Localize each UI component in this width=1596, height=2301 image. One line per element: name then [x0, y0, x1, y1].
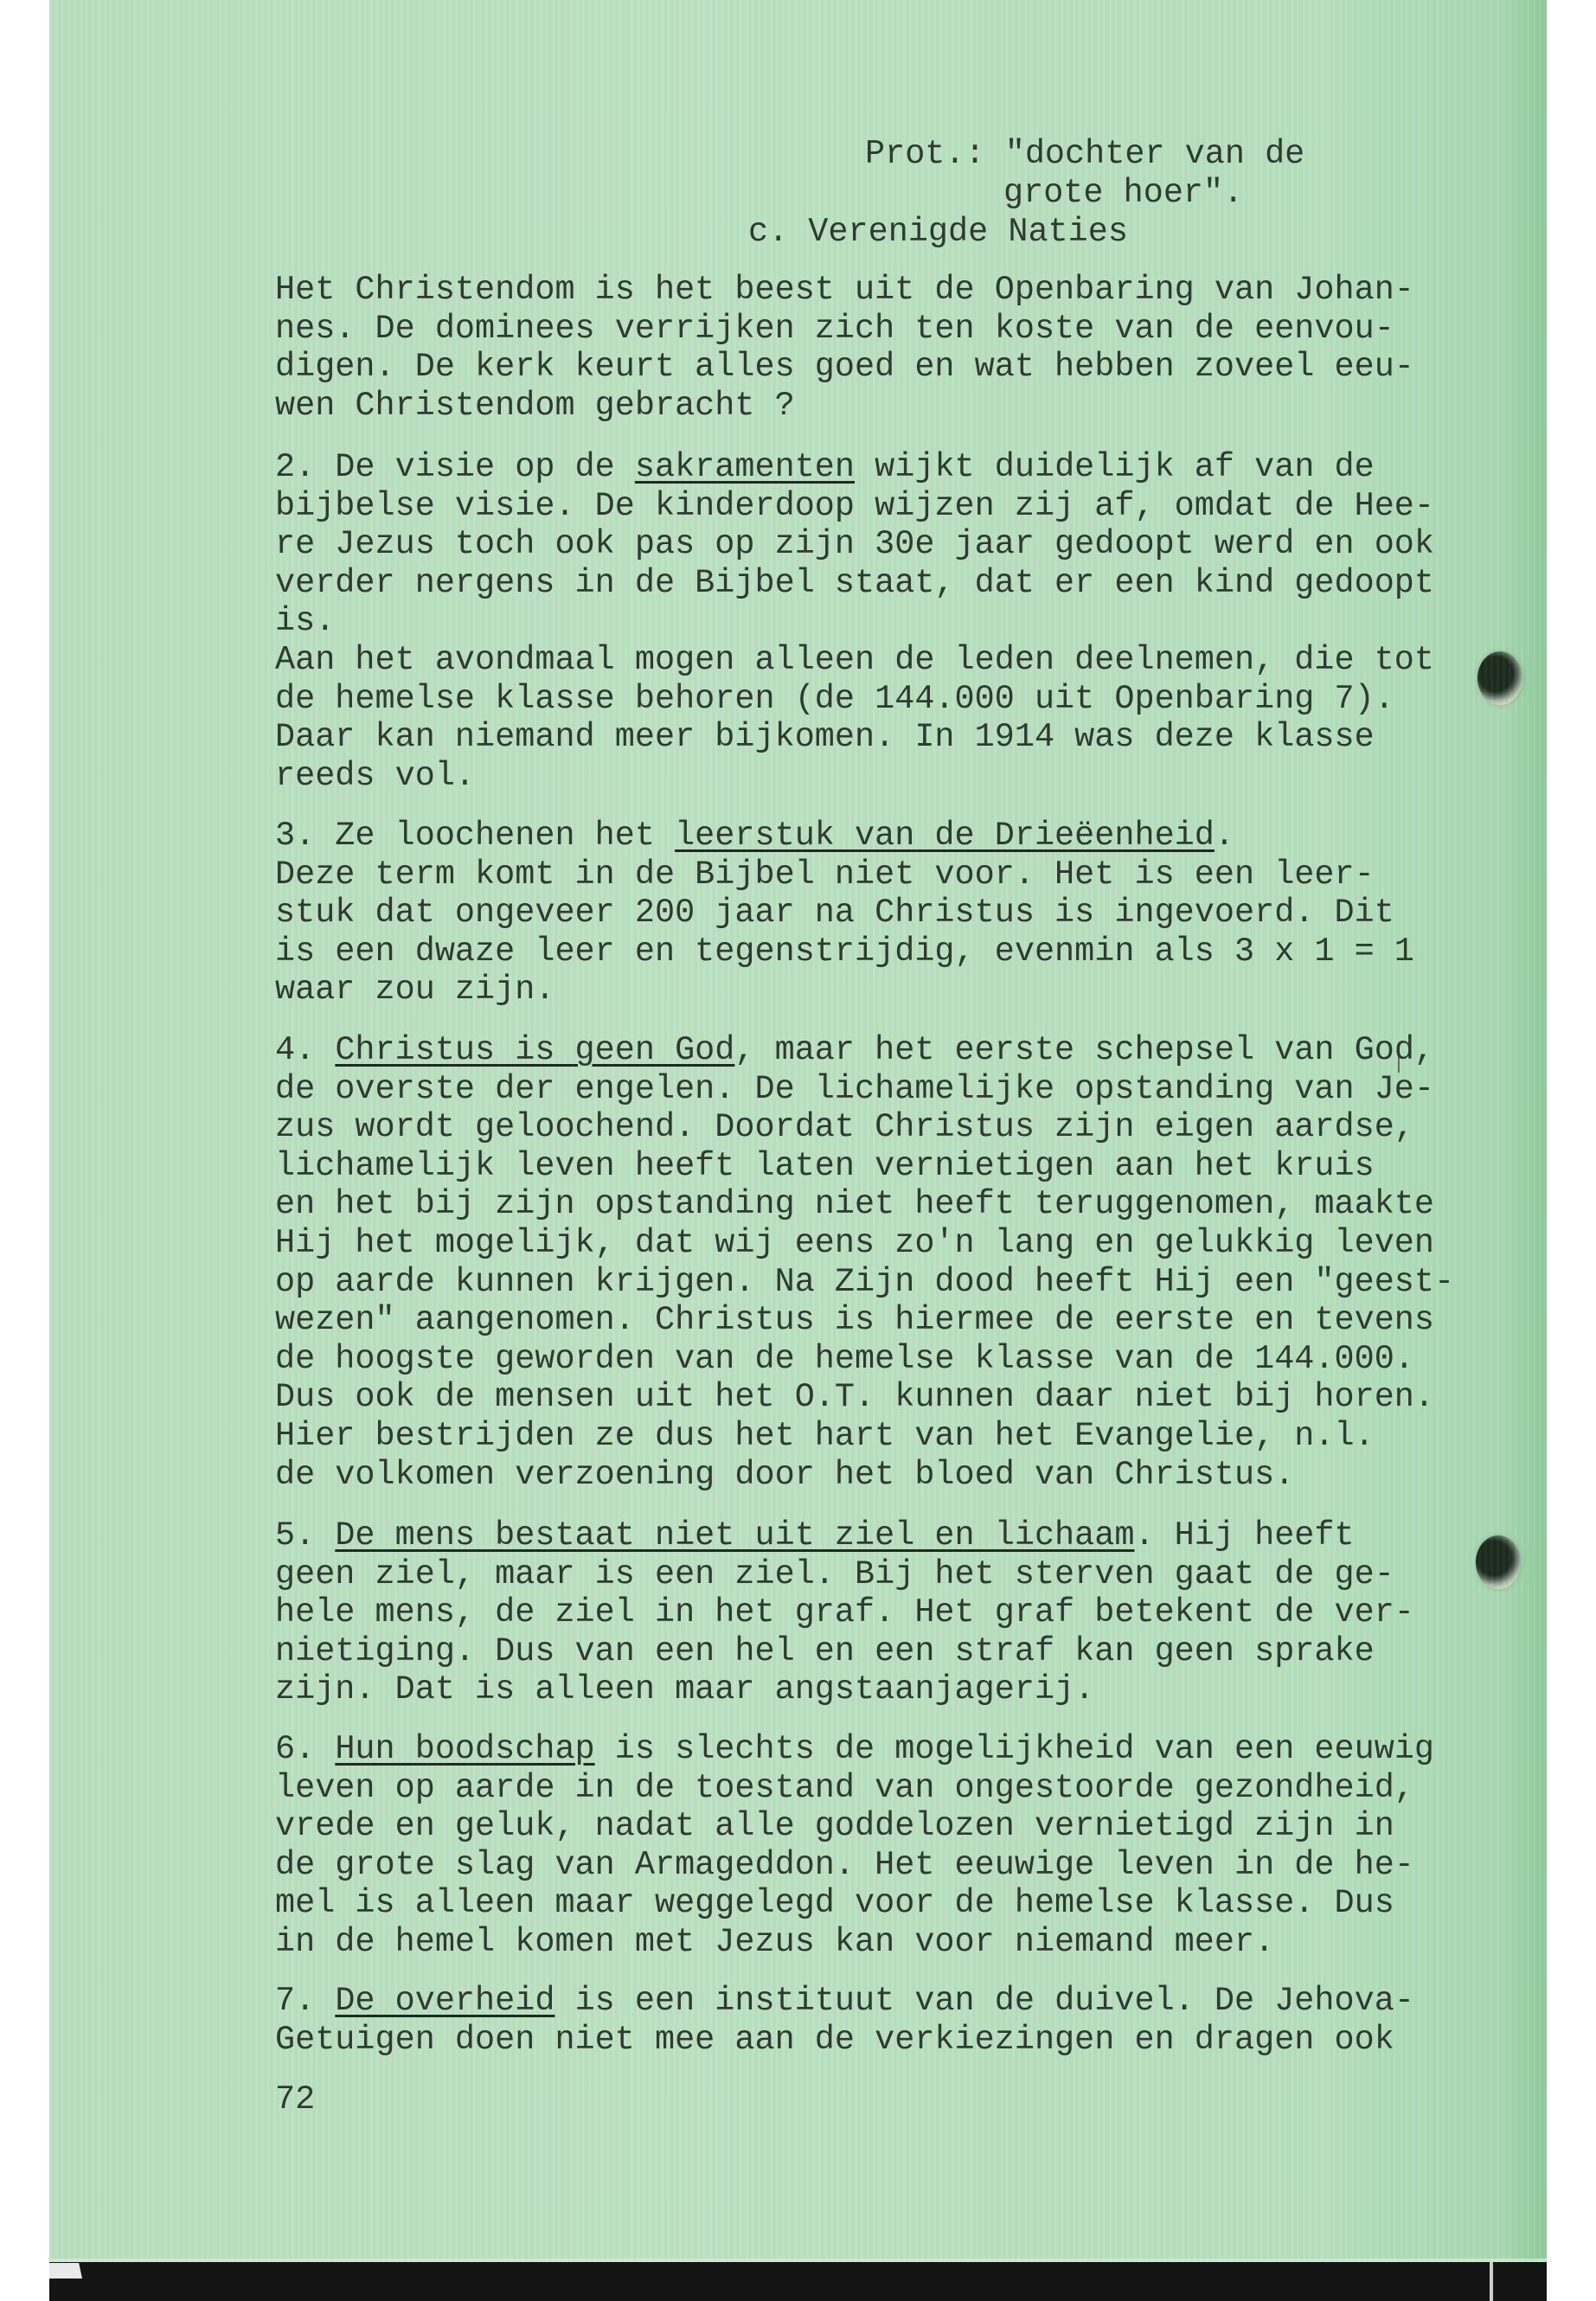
line-text: Hij het mogelijk, dat wij eens zo'n lang… [275, 1224, 1434, 1262]
item-4-line: zus wordt geloochend. Doordat Christus z… [275, 1108, 1414, 1146]
item-2-line: is. [275, 602, 335, 640]
item-2-line: 2. De visie op de sakramenten wijkt duid… [275, 448, 1375, 486]
paragraph-line: digen. De kerk keurt alles goed en wat h… [275, 348, 1414, 386]
line-text: de volkomen verzoening door het bloed va… [275, 1456, 1294, 1494]
item-5-line: zijn. Dat is alleen maar angstaanjagerij… [275, 1670, 1094, 1708]
item-6-line: in de hemel komen met Jezus kan voor nie… [275, 1923, 1274, 1961]
item-7-line: 7. De overheid is een instituut van de d… [275, 1982, 1414, 2020]
line-text: wezen" aangenomen. Christus is hiermee d… [275, 1301, 1434, 1339]
item-5-line: hele mens, de ziel in het graf. Het graf… [275, 1593, 1414, 1631]
item-6-line: leven op aarde in de toestand van ongest… [275, 1769, 1414, 1807]
item-2-line: re Jezus toch ook pas op zijn 30e jaar g… [275, 525, 1434, 563]
item-3-line: stuk dat ongeveer 200 jaar na Christus i… [275, 894, 1394, 932]
item-5-line: geen ziel, maar is een ziel. Bij het ste… [275, 1555, 1394, 1593]
paragraph-line: wen Christendom gebracht ? [275, 387, 795, 425]
line-text: leven op aarde in de toestand van ongest… [275, 1769, 1414, 1807]
item-7-line: Getuigen doen niet mee aan de verkiezing… [275, 2021, 1394, 2059]
item-2-line: verder nergens in de Bijbel staat, dat e… [275, 564, 1434, 602]
line-text: lichamelijk leven heeft laten vernietige… [275, 1147, 1375, 1185]
line-text: in de hemel komen met Jezus kan voor nie… [275, 1923, 1274, 1961]
line-text: Daar kan niemand meer bijkomen. In 1914 … [275, 718, 1375, 756]
line-text: , maar het eerste schepsel van God, [734, 1031, 1434, 1069]
item-4-line: en het bij zijn opstanding niet heeft te… [275, 1185, 1434, 1223]
item-3-line: Deze term komt in de Bijbel niet voor. H… [275, 856, 1375, 894]
item-6-line: 6. Hun boodschap is slechts de mogelijkh… [275, 1730, 1434, 1768]
line-text: zijn. Dat is alleen maar angstaanjagerij… [275, 1670, 1094, 1708]
line-text: wijkt duidelijk af van de [855, 448, 1375, 486]
line-text: bijbelse visie. De kinderdoop wijzen zij… [275, 487, 1434, 525]
line-text: 2. De visie op de [275, 448, 635, 486]
line-text: de grote slag van Armageddon. Het eeuwig… [275, 1846, 1414, 1884]
paper-corner [49, 2263, 82, 2279]
line-text: nietiging. Dus van een hel en een straf … [275, 1632, 1375, 1670]
line-text: stuk dat ongeveer 200 jaar na Christus i… [275, 894, 1394, 932]
line-text: vrede en geluk, nadat alle goddelozen ve… [275, 1807, 1394, 1845]
underlined-phrase: Hun boodschap [335, 1730, 594, 1768]
item-2-line: reeds vol. [275, 757, 475, 795]
binder-hole-top [1477, 651, 1522, 705]
item-3-line: is een dwaze leer en tegenstrijdig, even… [275, 933, 1414, 971]
item-2-line: bijbelse visie. De kinderdoop wijzen zij… [275, 487, 1434, 525]
line-text: nes. De dominees verrijken zich ten kost… [275, 310, 1394, 348]
line-text: verder nergens in de Bijbel staat, dat e… [275, 564, 1434, 602]
line-text: op aarde kunnen krijgen. Na Zijn dood he… [275, 1263, 1454, 1301]
line-text: de overste der engelen. De lichamelijke … [275, 1070, 1434, 1108]
item-4-line: Hij het mogelijk, dat wij eens zo'n lang… [275, 1224, 1434, 1262]
line-text: Dus ook de mensen uit het O.T. kunnen da… [275, 1378, 1434, 1416]
line-text: wen Christendom gebracht ? [275, 387, 795, 425]
item-4-line: lichamelijk leven heeft laten vernietige… [275, 1147, 1375, 1185]
underlined-phrase: sakramenten [635, 448, 855, 486]
item-4-line: 4. Christus is geen God, maar het eerste… [275, 1031, 1434, 1069]
item-4-line: de volkomen verzoening door het bloed va… [275, 1456, 1294, 1494]
line-text: Hier bestrijden ze dus het hart van het … [275, 1417, 1375, 1455]
line-text: 4. [275, 1031, 335, 1069]
item-5-line: 5. De mens bestaat niet uit ziel en lich… [275, 1516, 1355, 1554]
line-text: is. [275, 602, 335, 640]
item-3-line: waar zou zijn. [275, 971, 554, 1009]
item-2-line: Daar kan niemand meer bijkomen. In 1914 … [275, 718, 1375, 756]
scan-artifact [1490, 2261, 1493, 2301]
item-6-line: vrede en geluk, nadat alle goddelozen ve… [275, 1807, 1394, 1845]
line-text: Het Christendom is het beest uit de Open… [275, 271, 1414, 309]
header-line: Prot.: "dochter van de [865, 135, 1304, 173]
line-text: 72 [275, 2080, 315, 2118]
item-4-line: Hier bestrijden ze dus het hart van het … [275, 1417, 1375, 1455]
item-3-line: 3. Ze loochenen het leerstuk van de Drie… [275, 817, 1234, 855]
item-6-line: mel is alleen maar weggelegd voor de hem… [275, 1884, 1394, 1922]
line-text: Deze term komt in de Bijbel niet voor. H… [275, 856, 1375, 894]
line-text: mel is alleen maar weggelegd voor de hem… [275, 1884, 1394, 1922]
line-text: reeds vol. [275, 757, 475, 795]
line-text: Aan het avondmaal mogen alleen de leden … [275, 641, 1434, 679]
underlined-phrase: Christus is geen God [335, 1031, 734, 1069]
paragraph-line: nes. De dominees verrijken zich ten kost… [275, 310, 1394, 348]
line-text: Prot.: "dochter van de [865, 135, 1304, 173]
line-text: re Jezus toch ook pas op zijn 30e jaar g… [275, 525, 1434, 563]
line-text: digen. De kerk keurt alles goed en wat h… [275, 348, 1414, 386]
line-text: Getuigen doen niet mee aan de verkiezing… [275, 2021, 1394, 2059]
line-text: de hoogste geworden van de hemelse klass… [275, 1340, 1414, 1378]
header-line: grote hoer". [1003, 174, 1243, 212]
line-text: . Hij heeft [1134, 1516, 1354, 1554]
underlined-phrase: De overheid [335, 1982, 554, 2020]
line-text: de hemelse klasse behoren (de 144.000 ui… [275, 680, 1394, 718]
binder-hole-bottom [1476, 1535, 1521, 1589]
underlined-phrase: De mens bestaat niet uit ziel en lichaam [335, 1516, 1134, 1554]
item-4-line: wezen" aangenomen. Christus is hiermee d… [275, 1301, 1434, 1339]
paragraph-line: Het Christendom is het beest uit de Open… [275, 271, 1414, 309]
item-5-line: nietiging. Dus van een hel en een straf … [275, 1632, 1375, 1670]
line-text: 6. [275, 1730, 335, 1768]
line-text: 5. [275, 1516, 335, 1554]
line-text: is een instituut van de duivel. De Jehov… [554, 1982, 1413, 2020]
line-text: 7. [275, 1982, 335, 2020]
item-4-line: Dus ook de mensen uit het O.T. kunnen da… [275, 1378, 1434, 1416]
line-text: . [1215, 817, 1234, 855]
line-text: c. Verenigde Naties [748, 213, 1128, 251]
item-2-line: Aan het avondmaal mogen alleen de leden … [275, 641, 1434, 679]
item-6-line: de grote slag van Armageddon. Het eeuwig… [275, 1846, 1414, 1884]
page-number: 72 [275, 2080, 315, 2118]
line-text: 3. Ze loochenen het [275, 817, 675, 855]
line-text: geen ziel, maar is een ziel. Bij het ste… [275, 1555, 1394, 1593]
item-4-line: op aarde kunnen krijgen. Na Zijn dood he… [275, 1263, 1454, 1301]
item-4-line: de hoogste geworden van de hemelse klass… [275, 1340, 1414, 1378]
line-text: zus wordt geloochend. Doordat Christus z… [275, 1108, 1414, 1146]
line-text: hele mens, de ziel in het graf. Het graf… [275, 1593, 1414, 1631]
item-4-line: de overste der engelen. De lichamelijke … [275, 1070, 1434, 1108]
line-text: en het bij zijn opstanding niet heeft te… [275, 1185, 1434, 1223]
line-text: is een dwaze leer en tegenstrijdig, even… [275, 933, 1414, 971]
dark-background-strip [49, 2262, 1547, 2301]
line-text: is slechts de mogelijkheid van een eeuwi… [595, 1730, 1434, 1768]
item-2-line: de hemelse klasse behoren (de 144.000 ui… [275, 680, 1394, 718]
line-text: waar zou zijn. [275, 971, 554, 1009]
section-heading: c. Verenigde Naties [748, 213, 1128, 251]
underlined-phrase: leerstuk van de Drieëenheid [675, 817, 1215, 855]
line-text: grote hoer". [1003, 174, 1243, 212]
